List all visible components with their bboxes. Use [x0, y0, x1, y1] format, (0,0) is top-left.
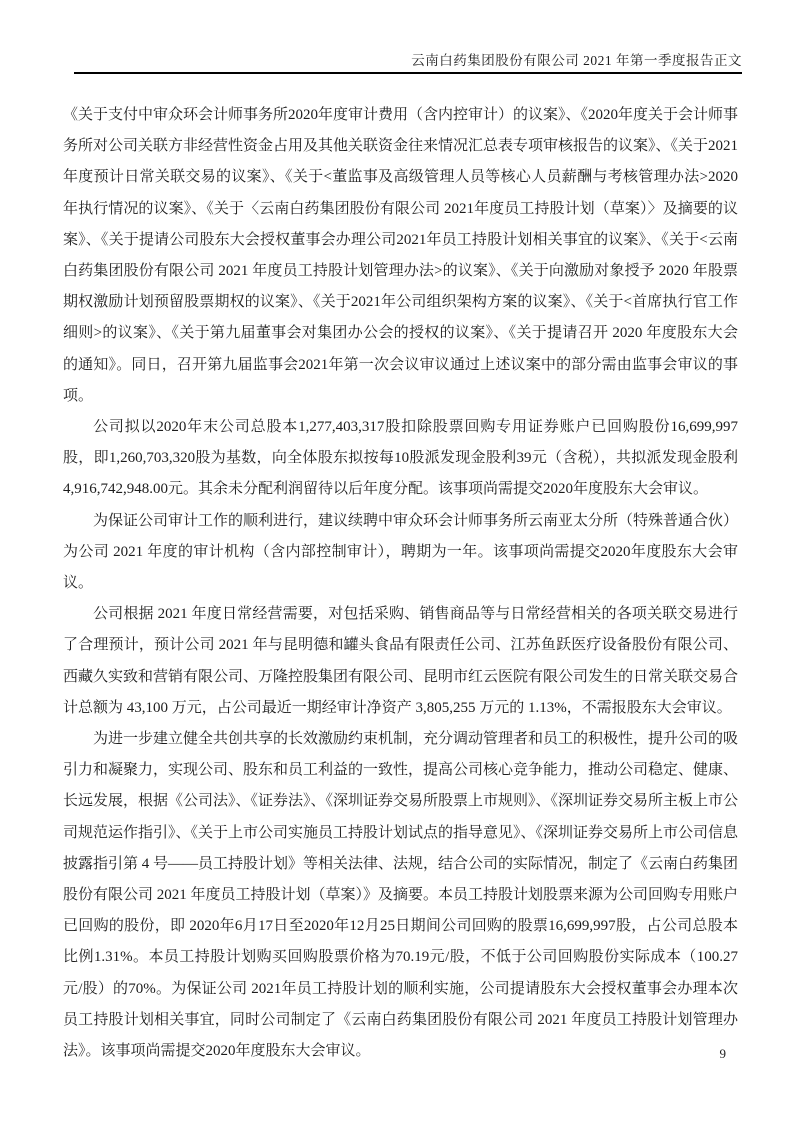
- paragraph: 《关于支付中审众环会计师事务所2020年度审计费用（含内控审计）的议案》、《20…: [63, 100, 738, 412]
- page-number: 9: [720, 1046, 727, 1062]
- document-page: 云南白药集团股份有限公司 2021 年第一季度报告正文 《关于支付中审众环会计师…: [0, 0, 800, 1131]
- paragraph: 公司拟以2020年末公司总股本1,277,403,317股扣除股票回购专用证券账…: [63, 412, 738, 506]
- paragraph: 为进一步建立健全共创共享的长效激励约束机制，充分调动管理者和员工的积极性，提升公…: [63, 724, 738, 1067]
- header-rule: [74, 72, 742, 74]
- paragraph: 公司根据 2021 年度日常经营需要，对包括采购、销售商品等与日常经营相关的各项…: [63, 599, 738, 724]
- document-body: 《关于支付中审众环会计师事务所2020年度审计费用（含内控审计）的议案》、《20…: [63, 100, 738, 1067]
- paragraph: 为保证公司审计工作的顺利进行，建议续聘中审众环会计师事务所云南亚太分所（特殊普通…: [63, 506, 738, 600]
- page-header-title: 云南白药集团股份有限公司 2021 年第一季度报告正文: [63, 52, 742, 69]
